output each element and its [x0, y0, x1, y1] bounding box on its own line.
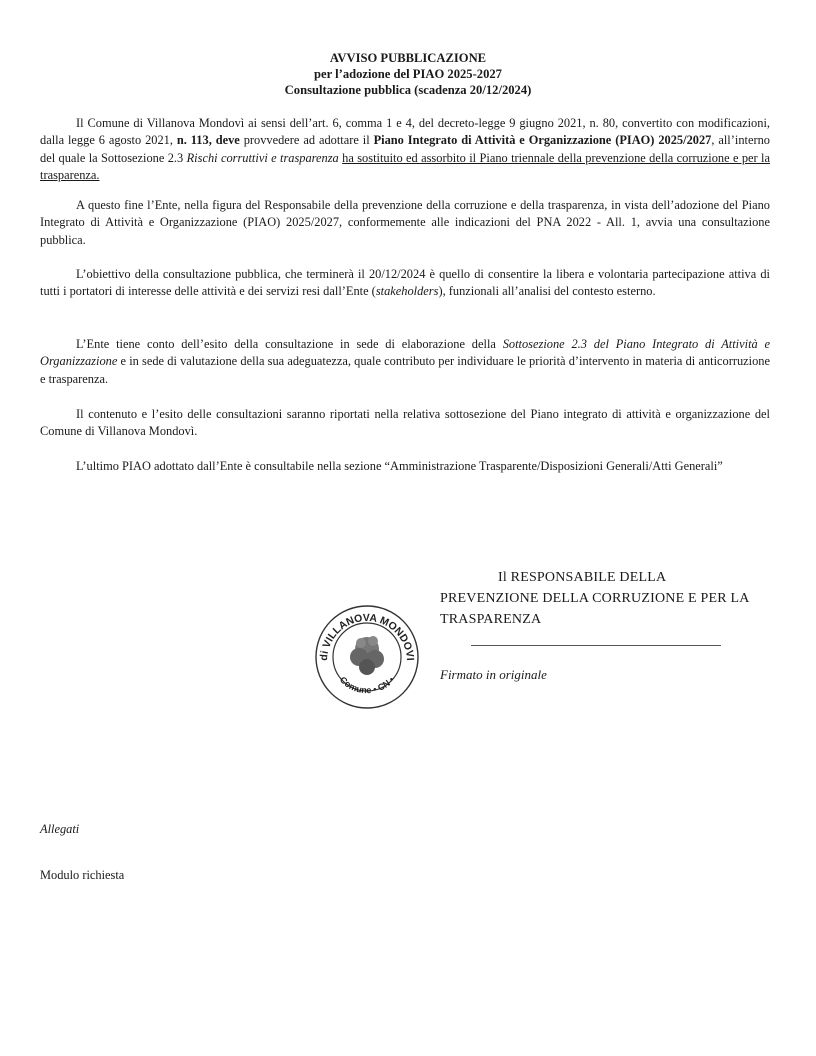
signed-note: Firmato in originale: [440, 667, 547, 683]
title-line-3: Consultazione pubblica (scadenza 20/12/2…: [0, 82, 816, 98]
signature-rule: [471, 645, 721, 646]
paragraph-3: L’obiettivo della consultazione pubblica…: [40, 266, 770, 301]
paragraph-2: A questo fine l’Ente, nella figura del R…: [40, 197, 770, 249]
attachment-item: Modulo richiesta: [40, 868, 124, 883]
paragraph-5: Il contenuto e l’esito delle consultazio…: [40, 406, 770, 441]
title-line-1: AVVISO PUBBLICAZIONE: [0, 50, 816, 66]
paragraph-6: L’ultimo PIAO adottato dall’Ente è consu…: [40, 458, 770, 475]
signature-block: Il RESPONSABILE DELLA PREVENZIONE DELLA …: [440, 567, 800, 630]
signature-line-3: TRASPARENZA: [440, 609, 800, 630]
notice-title: AVVISO PUBBLICAZIONE per l’adozione del …: [0, 50, 816, 98]
attachments-label: Allegati: [40, 822, 79, 837]
svg-text:Comune • CN •: Comune • CN •: [338, 675, 396, 696]
municipal-stamp-icon: di VILLANOVA MONDOVI Comune • CN •: [313, 603, 421, 711]
title-line-2: per l’adozione del PIAO 2025-2027: [0, 66, 816, 82]
signature-line-2: PREVENZIONE DELLA CORRUZIONE E PER LA: [440, 588, 800, 609]
paragraph-4: L’Ente tiene conto dell’esito della cons…: [40, 336, 770, 388]
signature-line-1: Il RESPONSABILE DELLA: [440, 567, 800, 588]
paragraph-1: Il Comune di Villanova Mondovì ai sensi …: [40, 115, 770, 184]
